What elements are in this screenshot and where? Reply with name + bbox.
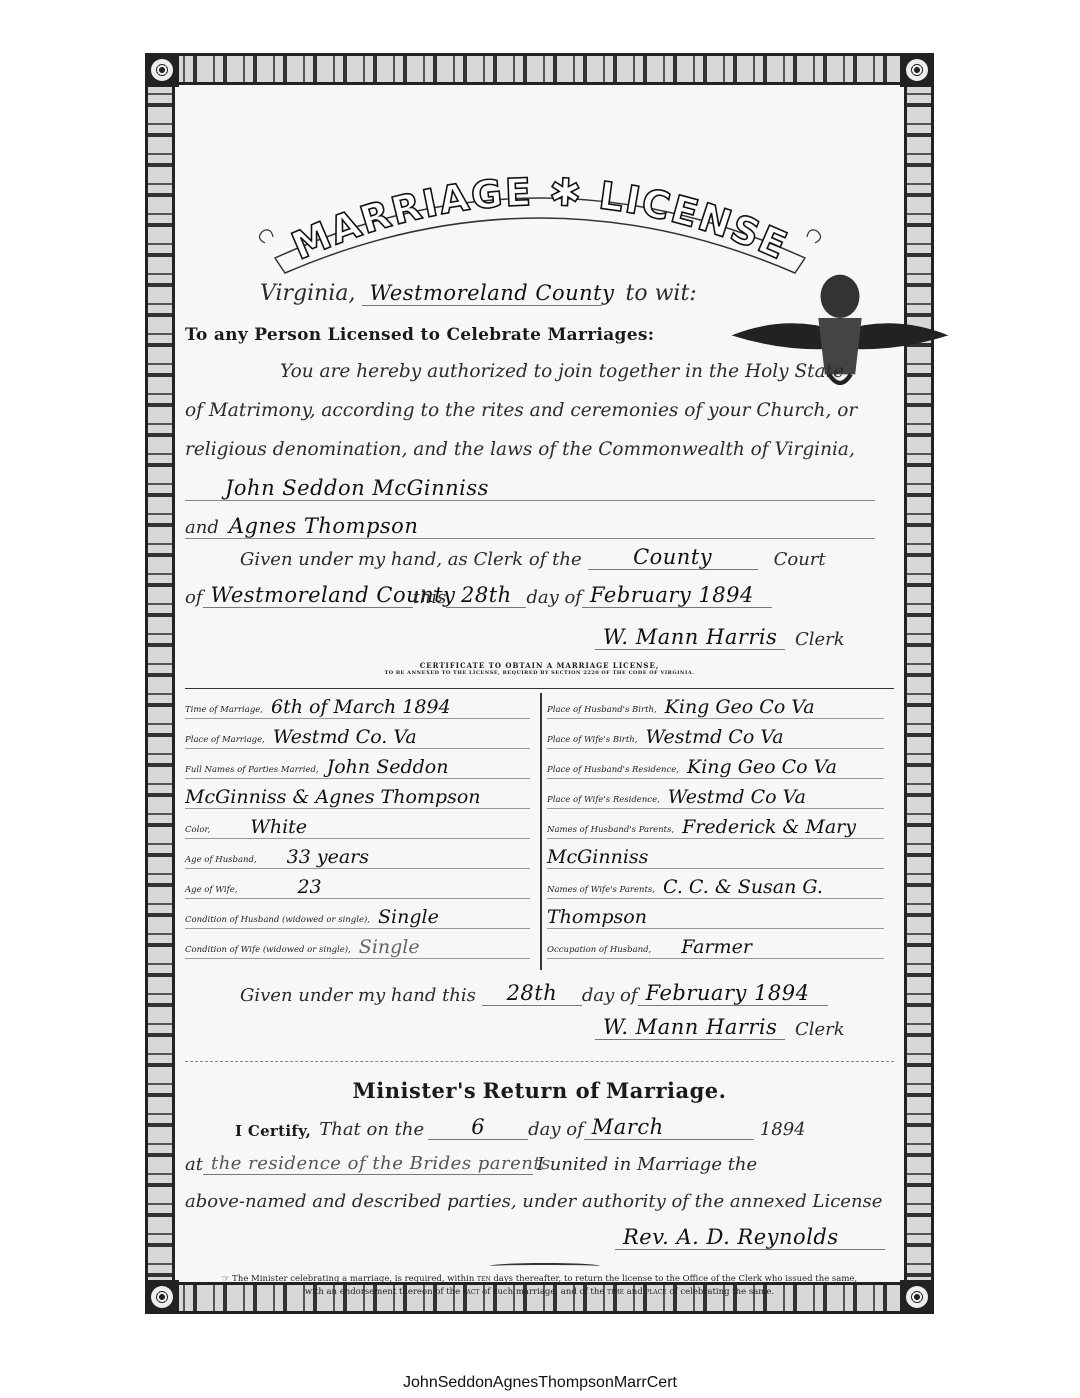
- court-label: Court: [774, 549, 826, 570]
- ornamental-border-right: [904, 85, 934, 1282]
- bride-prefix: and: [185, 517, 219, 538]
- clerk-court-line: Given under my hand, as Clerk of the Cou…: [240, 545, 826, 570]
- field-place-of-wifes-birth: Place of Wife's Birth, Westmd Co Va: [547, 723, 884, 749]
- certificate-right-column: Place of Husband's Birth, King Geo Co Va…: [547, 689, 894, 978]
- address-heading: To any Person Licensed to Celebrate Marr…: [185, 325, 654, 345]
- notice-line-2: with an endorsement thereon of the fact …: [185, 1286, 894, 1299]
- field-age-of-wife: Age of Wife, 23: [185, 873, 530, 899]
- given-under-label: Given under my hand, as Clerk of the: [240, 549, 582, 570]
- certificate-clerk-label: Clerk: [795, 1019, 845, 1040]
- minister-notice: ☞ The Minister celebrating a marriage, i…: [185, 1273, 894, 1299]
- column-divider: [540, 693, 542, 970]
- document-content: MARRIAGE ✱ LICENSE Virginia, Westmorelan…: [185, 93, 894, 1274]
- license-day: 28th: [446, 583, 526, 608]
- corner-rosette-icon: [145, 53, 179, 87]
- authority-line: above-named and described parties, under…: [185, 1191, 882, 1212]
- certificate-table: Time of Marriage, 6th of March 1894 Plac…: [185, 688, 894, 978]
- license-month-year: February 1894: [582, 583, 772, 608]
- certificate-day: 28th: [482, 981, 582, 1006]
- state-label: Virginia,: [260, 281, 356, 306]
- court-type: County: [588, 545, 758, 570]
- bride-name: Agnes Thompson: [229, 514, 419, 538]
- clerk-signature: W. Mann Harris: [595, 625, 785, 650]
- certify-label: I Certify,: [235, 1122, 311, 1140]
- field-condition-of-husband: Condition of Husband (widowed or single)…: [185, 903, 530, 929]
- marriage-month: March: [584, 1115, 754, 1140]
- minister-return-title: Minister's Return of Marriage.: [185, 1078, 894, 1103]
- day-of-label: day of: [526, 587, 582, 608]
- marriage-place: the residence of the Brides parents: [203, 1153, 533, 1175]
- of-label: of: [185, 587, 203, 608]
- marriage-year: 1894: [760, 1119, 806, 1140]
- certify-line: I Certify, That on the 6 day of March 18…: [235, 1115, 806, 1140]
- notice-line-1: ☞ The Minister celebrating a marriage, i…: [185, 1273, 894, 1286]
- certificate-clerk-line: W. Mann Harris Clerk: [595, 1015, 845, 1040]
- field-color: Color, White: [185, 813, 530, 839]
- corner-rosette-icon: [900, 1280, 934, 1314]
- certificate-subtitle: TO BE ANNEXED TO THE LICENSE, REQUIRED B…: [185, 670, 894, 676]
- field-occupation-of-husband: Occupation of Husband, Farmer: [547, 933, 884, 959]
- minister-signature-line: Rev. A. D. Reynolds: [615, 1225, 885, 1250]
- title-banner: MARRIAGE ✱ LICENSE: [255, 148, 825, 278]
- svg-text:MARRIAGE ✱ LICENSE: MARRIAGE ✱ LICENSE: [285, 170, 794, 269]
- groom-line: John Seddon McGinniss: [185, 469, 875, 501]
- ornamental-border-left: [145, 85, 175, 1282]
- field-names-of-husbands-parents: Names of Husband's Parents, Frederick & …: [547, 813, 884, 839]
- document-title: MARRIAGE ✱ LICENSE: [285, 170, 794, 269]
- certificate-title: CERTIFICATE TO OBTAIN A MARRIAGE LICENSE…: [185, 661, 894, 670]
- section-divider: [185, 1061, 894, 1062]
- field-age-of-husband: Age of Husband, 33 years: [185, 843, 530, 869]
- county-handwritten: Westmoreland County: [362, 281, 602, 306]
- certificate-clerk-signature: W. Mann Harris: [595, 1015, 785, 1040]
- field-place-of-marriage: Place of Marriage, Westmd Co. Va: [185, 723, 530, 749]
- marriage-place-line: at the residence of the Brides parents I…: [185, 1153, 757, 1175]
- minister-signature: Rev. A. D. Reynolds: [615, 1225, 885, 1250]
- ornamental-border-top: [145, 53, 934, 85]
- to-wit-label: to wit:: [626, 281, 697, 306]
- county-court-name: Westmoreland County: [203, 583, 413, 608]
- certificate-day-of-label: day of: [582, 985, 638, 1006]
- certificate-given-label: Given under my hand this: [240, 985, 476, 1006]
- marriage-day: 6: [428, 1115, 528, 1140]
- field-full-names: Full Names of Parties Married, John Sedd…: [185, 753, 530, 779]
- field-names-of-wifes-parents: Names of Wife's Parents, C. C. & Susan G…: [547, 873, 884, 899]
- body-line-2: of Matrimony, according to the rites and…: [185, 400, 857, 421]
- certificate-left-column: Time of Marriage, 6th of March 1894 Plac…: [185, 689, 540, 978]
- date-line: of Westmoreland County this 28th day of …: [185, 583, 772, 608]
- corner-rosette-icon: [145, 1280, 179, 1314]
- ribbon-banner-icon: MARRIAGE ✱ LICENSE: [255, 148, 825, 278]
- groom-name: John Seddon McGinniss: [225, 476, 489, 500]
- certificate-heading: CERTIFICATE TO OBTAIN A MARRIAGE LICENSE…: [185, 661, 894, 676]
- certificate-month-year: February 1894: [638, 981, 828, 1006]
- field-full-names-continued: McGinniss & Agnes Thompson: [185, 783, 530, 809]
- marriage-license-document: MARRIAGE ✱ LICENSE Virginia, Westmorelan…: [145, 53, 934, 1314]
- body-line-1: You are hereby authorized to join togeth…: [280, 361, 844, 382]
- field-condition-of-wife: Condition of Wife (widowed or single), S…: [185, 933, 530, 959]
- certificate-given-line: Given under my hand this 28th day of Feb…: [240, 981, 828, 1006]
- corner-rosette-icon: [900, 53, 934, 87]
- this-label: this: [413, 587, 447, 608]
- pointing-hand-icon: ☞: [222, 1274, 230, 1284]
- field-time-of-marriage: Time of Marriage, 6th of March 1894: [185, 693, 530, 719]
- jurisdiction-line: Virginia, Westmoreland County to wit:: [260, 281, 697, 306]
- clerk-signature-line: W. Mann Harris Clerk: [595, 625, 845, 650]
- field-wifes-parents-continued: Thompson: [547, 903, 884, 929]
- clerk-label: Clerk: [795, 629, 845, 650]
- field-place-of-husbands-birth: Place of Husband's Birth, King Geo Co Va: [547, 693, 884, 719]
- field-husbands-parents-continued: McGinniss: [547, 843, 884, 869]
- bride-line: and Agnes Thompson: [185, 507, 875, 539]
- body-line-3: religious denomination, and the laws of …: [185, 439, 855, 460]
- field-place-of-husbands-residence: Place of Husband's Residence, King Geo C…: [547, 753, 884, 779]
- flourish-ornament-icon: [490, 1263, 600, 1269]
- document-caption: JohnSeddonAgnesThompsonMarrCert: [0, 1374, 1080, 1392]
- address-line: To any Person Licensed to Celebrate Marr…: [185, 325, 654, 345]
- field-place-of-wifes-residence: Place of Wife's Residence, Westmd Co Va: [547, 783, 884, 809]
